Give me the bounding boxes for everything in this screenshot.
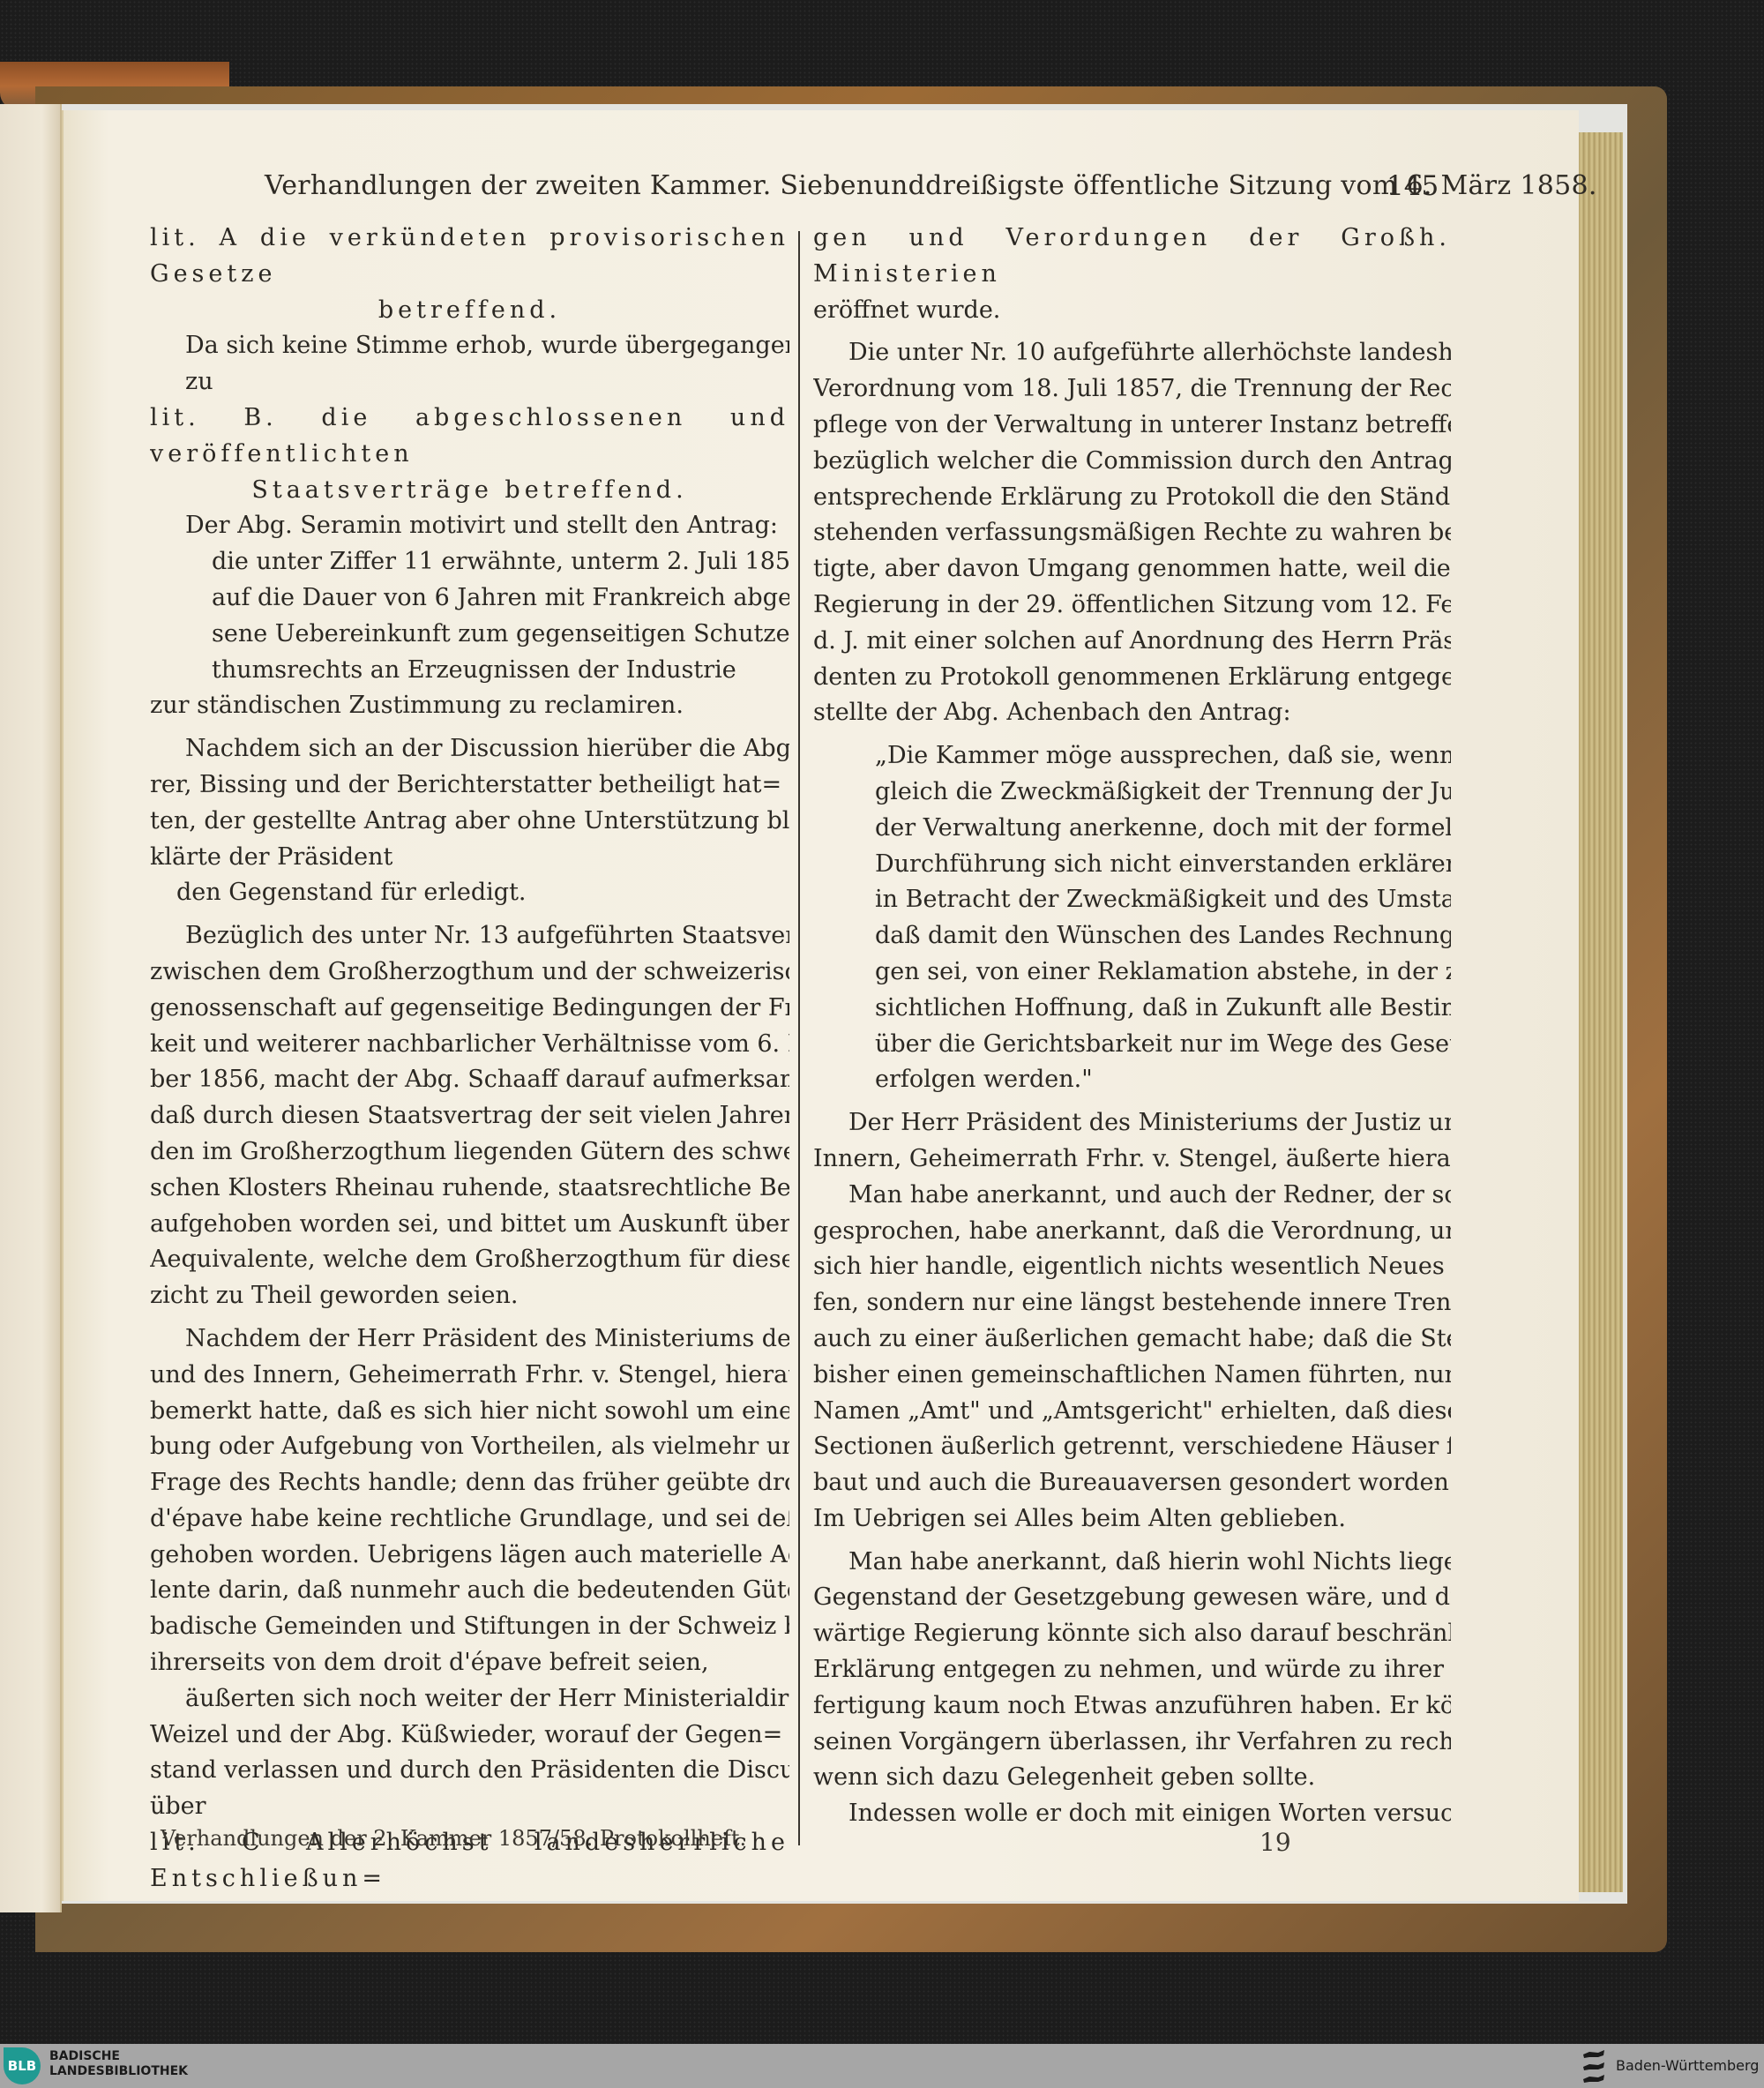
library-name-line1: BADISCHE	[49, 2049, 188, 2064]
text-line: auf die Dauer von 6 Jahren mit Frankreic…	[150, 580, 789, 617]
text-line: badische Gemeinden und Stiftungen in der…	[150, 1609, 789, 1645]
text-line: Weizel und der Abg. Küßwieder, worauf de…	[150, 1718, 789, 1754]
text-line: Der Abg. Seramin motivirt und stellt den…	[150, 508, 789, 544]
text-line: Verordnung vom 18. Juli 1857, die Trennu…	[813, 371, 1451, 408]
text-line: Da sich keine Stimme erhob, wurde überge…	[150, 328, 789, 364]
text-line: zur ständischen Zustimmung zu reclamiren…	[150, 688, 789, 724]
text-line: stand verlassen und durch den Präsidente…	[150, 1753, 789, 1789]
blb-logo-icon[interactable]: BLB	[4, 2047, 41, 2084]
text-line: Nachdem sich an der Discussion hierüber …	[150, 731, 789, 767]
text-line: Der Herr Präsident des Ministeriums der …	[813, 1105, 1451, 1141]
text-line: den im Großherzogthum liegenden Gütern d…	[150, 1134, 789, 1171]
quote-line: erfolgen werden."	[813, 1062, 1451, 1098]
text-line: und des Innern, Geheimerrath Frhr. v. St…	[150, 1358, 789, 1394]
text-line: ten, der gestellte Antrag aber ohne Unte…	[150, 804, 789, 840]
text-line: eröffnet wurde.	[813, 293, 1451, 329]
text-line: d. J. mit einer solchen auf Anordnung de…	[813, 624, 1451, 660]
sheet-signature: 19	[1259, 1828, 1291, 1857]
text-line: bezüglich welcher die Commission durch d…	[813, 444, 1451, 480]
text-line: den Gegenstand für erledigt.	[150, 875, 789, 911]
text-line: wärtige Regierung könnte sich also darau…	[813, 1616, 1451, 1652]
text-line: zwischen dem Großherzogthum und der schw…	[150, 954, 789, 991]
text-line: seinen Vorgängern überlassen, ihr Verfah…	[813, 1725, 1451, 1761]
text-line: lit. B. die abgeschlossenen und veröffen…	[150, 400, 789, 473]
section-heading: betreffend.	[150, 293, 789, 329]
text-line: denten zu Protokoll genommenen Erklärung…	[813, 660, 1451, 696]
text-line: sene Uebereinkunft zum gegenseitigen Sch…	[150, 617, 789, 653]
text-line: Bezüglich des unter Nr. 13 aufgeführten …	[150, 918, 789, 954]
quote-line: in Betracht der Zweckmäßigkeit und des U…	[813, 882, 1451, 918]
column-divider	[798, 231, 800, 1845]
running-head: Verhandlungen der zweiten Kammer. Sieben…	[265, 170, 1323, 201]
text-line: pflege von der Verwaltung in unterer Ins…	[813, 408, 1451, 444]
text-line: lente darin, daß nunmehr auch die bedeut…	[150, 1573, 789, 1609]
state-name[interactable]: Baden-Württemberg	[1616, 2057, 1759, 2074]
blb-logo-text: BLB	[8, 2058, 36, 2074]
text-line: entsprechende Erklärung zu Protokoll die…	[813, 480, 1451, 516]
library-name[interactable]: BADISCHE LANDESBIBLIOTHEK	[49, 2049, 188, 2079]
text-line: Namen „Amt" und „Amtsgericht" erhielten,…	[813, 1394, 1451, 1430]
text-line: gen und Verordungen der Großh. Ministeri…	[813, 221, 1451, 293]
quote-line: sichtlichen Hoffnung, daß in Zukunft all…	[813, 991, 1451, 1027]
text-line: genossenschaft auf gegenseitige Bedingun…	[150, 991, 789, 1027]
left-page-edge	[0, 104, 62, 1912]
text-line: zu	[150, 364, 789, 400]
text-line: zicht zu Theil geworden seien.	[150, 1278, 789, 1314]
text-line: fen, sondern nur eine längst bestehende …	[813, 1285, 1451, 1321]
quote-line: gleich die Zweckmäßigkeit der Trennung d…	[813, 775, 1451, 811]
text-line: aufgehoben worden sei, und bittet um Aus…	[150, 1207, 789, 1243]
text-line: bung oder Aufgebung von Vortheilen, als …	[150, 1429, 789, 1465]
text-line: daß durch diesen Staatsvertrag der seit …	[150, 1098, 789, 1134]
right-column: gen und Verordungen der Großh. Ministeri…	[813, 221, 1451, 1832]
text-line: Man habe anerkannt, daß hierin wohl Nich…	[813, 1545, 1451, 1581]
footer-title: Verhandlungen der 2. Kammer 1857/58. Pro…	[161, 1826, 746, 1851]
quote-line: gen sei, von einer Reklamation abstehe, …	[813, 954, 1451, 991]
text-line: rer, Bissing und der Berichterstatter be…	[150, 767, 789, 804]
quote-line: „Die Kammer möge aussprechen, daß sie, w…	[813, 738, 1451, 775]
text-line: lit. A die verkündeten provisorischen Ge…	[150, 221, 789, 293]
text-line: Aequivalente, welche dem Großherzogthum …	[150, 1242, 789, 1278]
text-line: stehenden verfassungsmäßigen Rechte zu w…	[813, 515, 1451, 551]
baden-wuerttemberg-lions-icon[interactable]	[1581, 2047, 1607, 2086]
section-heading: Staatsverträge betreffend.	[150, 473, 789, 509]
text-line: wenn sich dazu Gelegenheit geben sollte.	[813, 1760, 1451, 1796]
text-line: gesprochen, habe anerkannt, daß die Vero…	[813, 1214, 1451, 1250]
provider-bar	[0, 2044, 1764, 2088]
text-line: Erklärung entgegen zu nehmen, und würde …	[813, 1652, 1451, 1688]
text-line: die unter Ziffer 11 erwähnte, unterm 2. …	[150, 544, 789, 580]
text-line: Gegenstand der Gesetzgebung gewesen wäre…	[813, 1580, 1451, 1616]
text-line: bisher einen gemeinschaftlichen Namen fü…	[813, 1358, 1451, 1394]
text-line: bemerkt hatte, daß es sich hier nicht so…	[150, 1394, 789, 1430]
quote-line: der Verwaltung anerkenne, doch mit der f…	[813, 811, 1451, 847]
text-line: Frage des Rechts handle; denn das früher…	[150, 1465, 789, 1501]
page-number: 145	[1387, 170, 1439, 202]
text-line: ihrerseits von dem droit d'épave befreit…	[150, 1645, 789, 1681]
text-line: Indessen wolle er doch mit einigen Worte…	[813, 1796, 1451, 1832]
text-line: Innern, Geheimerrath Frhr. v. Stengel, ä…	[813, 1141, 1451, 1178]
text-line: äußerten sich noch weiter der Herr Minis…	[150, 1681, 789, 1718]
text-line: Nachdem der Herr Präsident des Ministeri…	[150, 1321, 789, 1358]
text-line: tigte, aber davon Umgang genommen hatte,…	[813, 551, 1451, 587]
text-line: klärte der Präsident	[150, 840, 789, 876]
quote-line: daß damit den Wünschen des Landes Rechnu…	[813, 918, 1451, 954]
text-line: gehoben worden. Uebrigens lägen auch mat…	[150, 1538, 789, 1574]
text-line: Sectionen äußerlich getrennt, verschiede…	[813, 1429, 1451, 1465]
text-line: auch zu einer äußerlichen gemacht habe; …	[813, 1321, 1451, 1358]
text-line: fertigung kaum noch Etwas anzuführen hab…	[813, 1688, 1451, 1725]
text-line: thumsrechts an Erzeugnissen der Industri…	[150, 653, 789, 689]
text-line: d'épave habe keine rechtliche Grundlage,…	[150, 1501, 789, 1538]
text-line: keit und weiterer nachbarlicher Verhältn…	[150, 1027, 789, 1063]
text-line: Regierung in der 29. öffentlichen Sitzun…	[813, 587, 1451, 624]
left-column: lit. A die verkündeten provisorischen Ge…	[150, 221, 789, 1897]
text-line: baut und auch die Bureauaversen gesonder…	[813, 1465, 1451, 1501]
quote-line: über die Gerichtsbarkeit nur im Wege des…	[813, 1027, 1451, 1063]
text-line: ber 1856, macht der Abg. Schaaff darauf …	[150, 1062, 789, 1098]
text-line: Im Uebrigen sei Alles beim Alten geblieb…	[813, 1501, 1451, 1538]
text-line: Man habe anerkannt, und auch der Redner,…	[813, 1178, 1451, 1214]
quote-line: Durchführung sich nicht einverstanden er…	[813, 847, 1451, 883]
gilt-page-edge	[1579, 132, 1623, 1892]
text-line: über	[150, 1789, 789, 1825]
text-line: Die unter Nr. 10 aufgeführte allerhöchst…	[813, 335, 1451, 371]
text-line: sich hier handle, eigentlich nichts wese…	[813, 1249, 1451, 1285]
library-name-line2: LANDESBIBLIOTHEK	[49, 2064, 188, 2079]
text-line: schen Klosters Rheinau ruhende, staatsre…	[150, 1171, 789, 1207]
text-line: stellte der Abg. Achenbach den Antrag:	[813, 695, 1451, 731]
